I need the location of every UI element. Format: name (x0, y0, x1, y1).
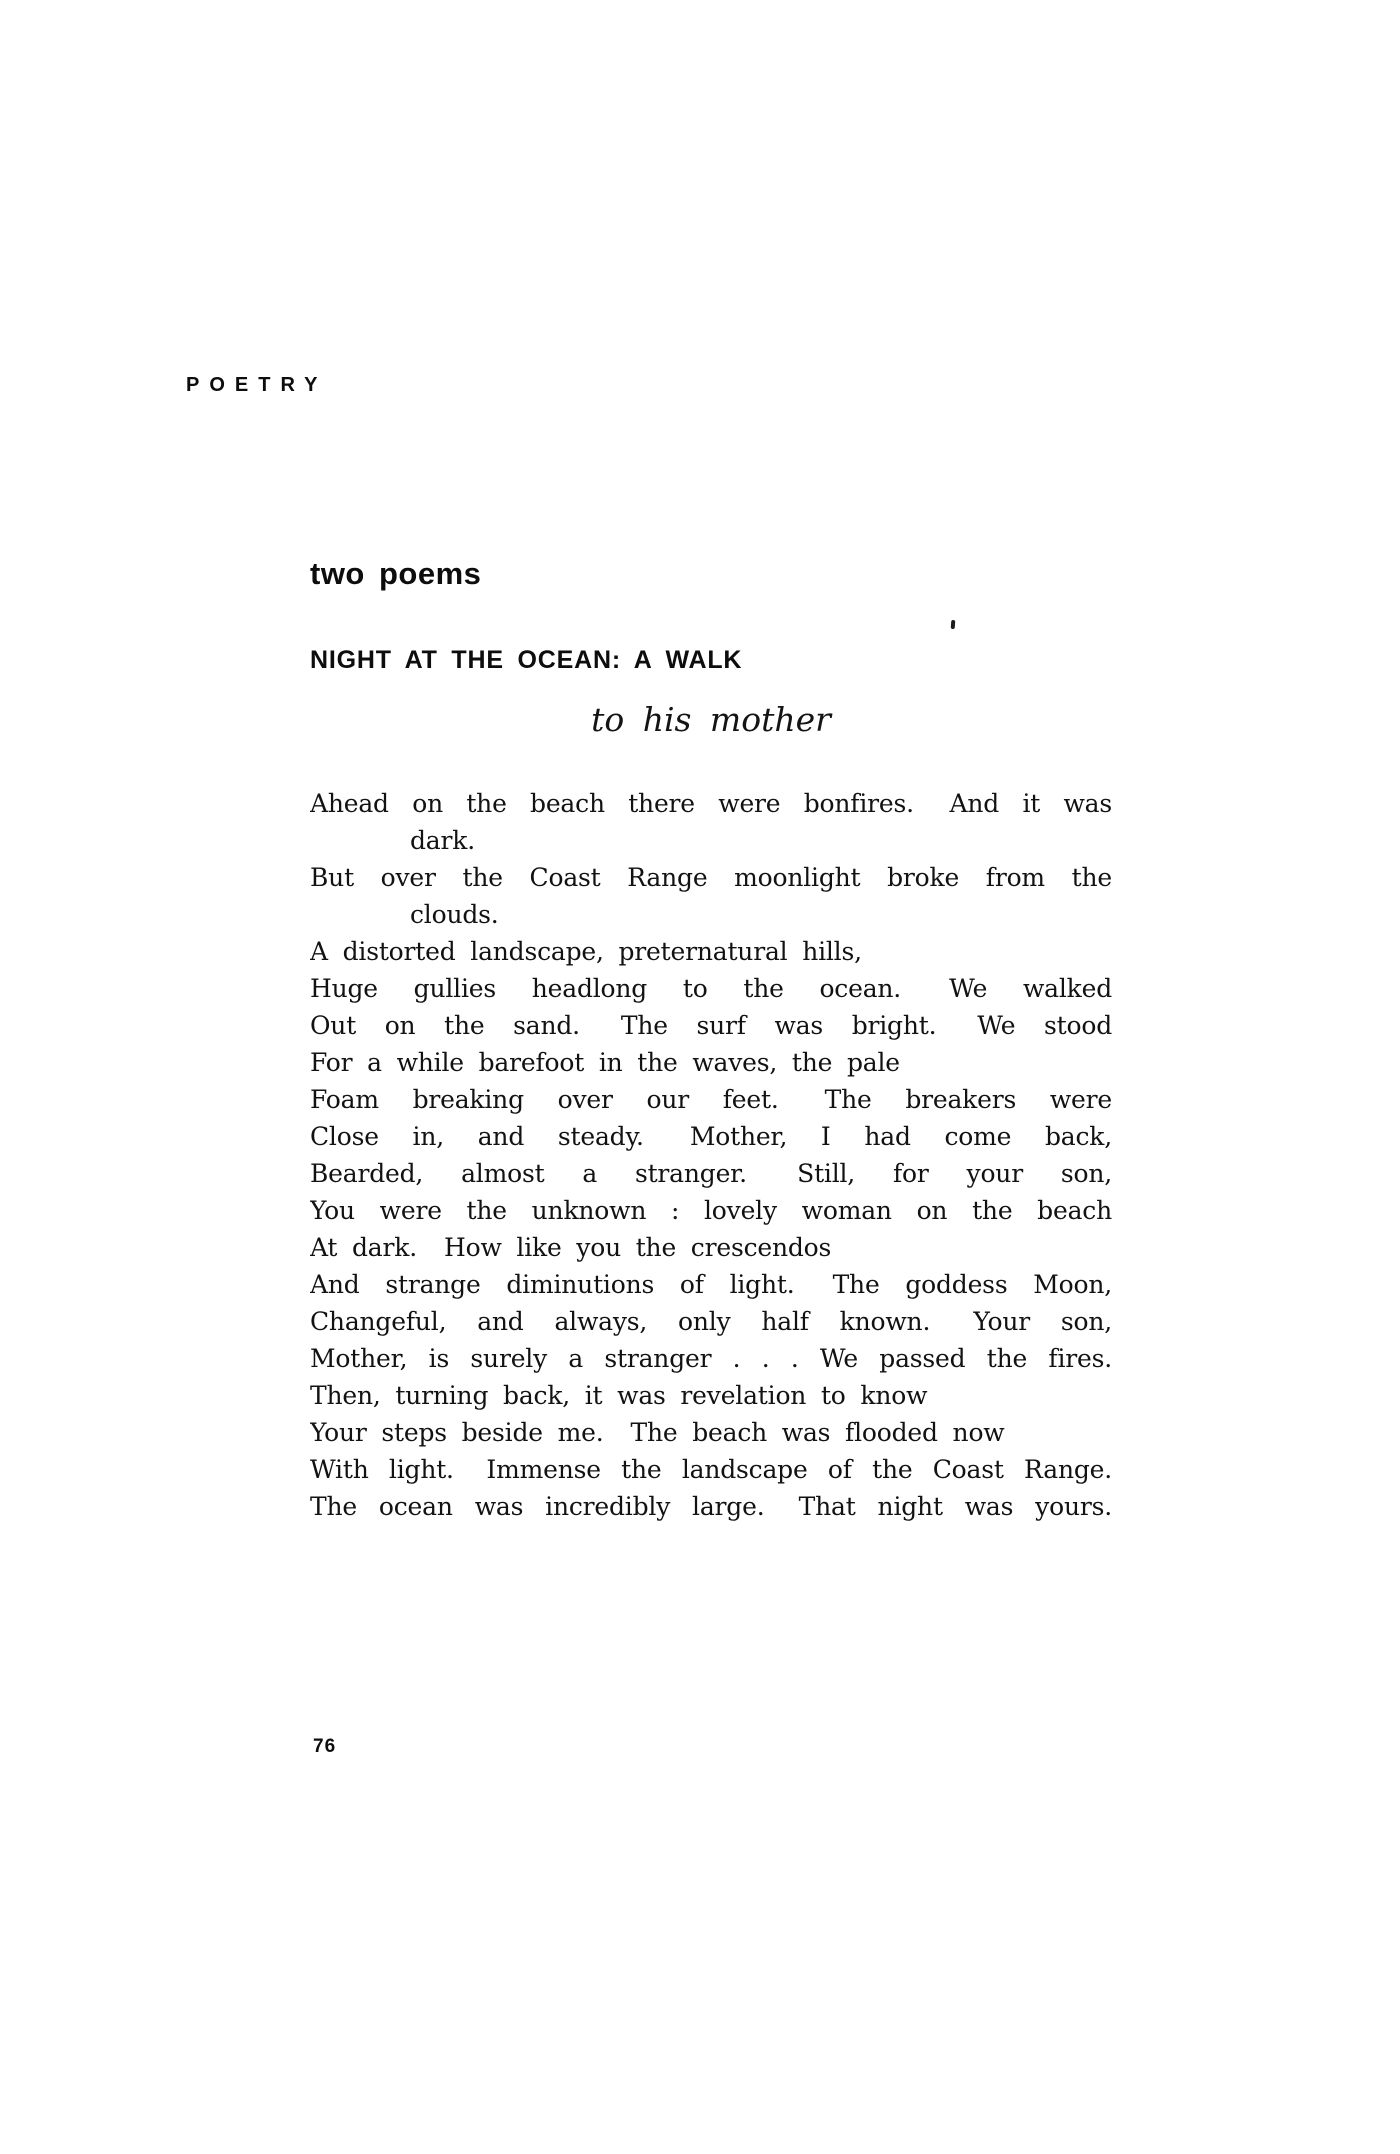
poem-line: But over the Coast Range moonlight broke… (310, 859, 1112, 896)
poem-title: NIGHT AT THE OCEAN: A WALK (310, 646, 742, 675)
poem-line: Mother, is surely a stranger . . . We pa… (310, 1340, 1112, 1377)
poem-line: The ocean was incredibly large. That nig… (310, 1488, 1112, 1525)
scanned-poetry-page: POETRY two poems NIGHT AT THE OCEAN: A W… (0, 0, 1400, 2154)
poem-line: Changeful, and always, only half known. … (310, 1303, 1112, 1340)
poem-line: And strange diminutions of light. The go… (310, 1266, 1112, 1303)
ink-speck (951, 620, 956, 629)
poem-line: Out on the sand. The surf was bright. We… (310, 1007, 1112, 1044)
poem-line: At dark. How like you the crescendos (310, 1229, 1112, 1266)
poem-line: For a while barefoot in the waves, the p… (310, 1044, 1112, 1081)
section-label-poetry: POETRY (186, 374, 328, 397)
poem-line: Ahead on the beach there were bonfires. … (310, 785, 1112, 822)
poem-line: Foam breaking over our feet. The breaker… (310, 1081, 1112, 1118)
poem-line: Close in, and steady. Mother, I had come… (310, 1118, 1112, 1155)
poem-line: With light. Immense the landscape of the… (310, 1451, 1112, 1488)
poem-line: dark. (310, 822, 1112, 859)
poem-body: Ahead on the beach there were bonfires. … (310, 785, 1112, 1525)
poem-line: clouds. (310, 896, 1112, 933)
poem-line: Your steps beside me. The beach was floo… (310, 1414, 1112, 1451)
poem-line: Bearded, almost a stranger. Still, for y… (310, 1155, 1112, 1192)
poem-line: You were the unknown : lovely woman on t… (310, 1192, 1112, 1229)
poem-dedication: to his mother (310, 700, 1112, 739)
poem-line: A distorted landscape, preternatural hil… (310, 933, 1112, 970)
poem-line: Huge gullies headlong to the ocean. We w… (310, 970, 1112, 1007)
article-title: two poems (310, 556, 481, 592)
poem-line: Then, turning back, it was revelation to… (310, 1377, 1112, 1414)
page-number: 76 (313, 1736, 336, 1758)
